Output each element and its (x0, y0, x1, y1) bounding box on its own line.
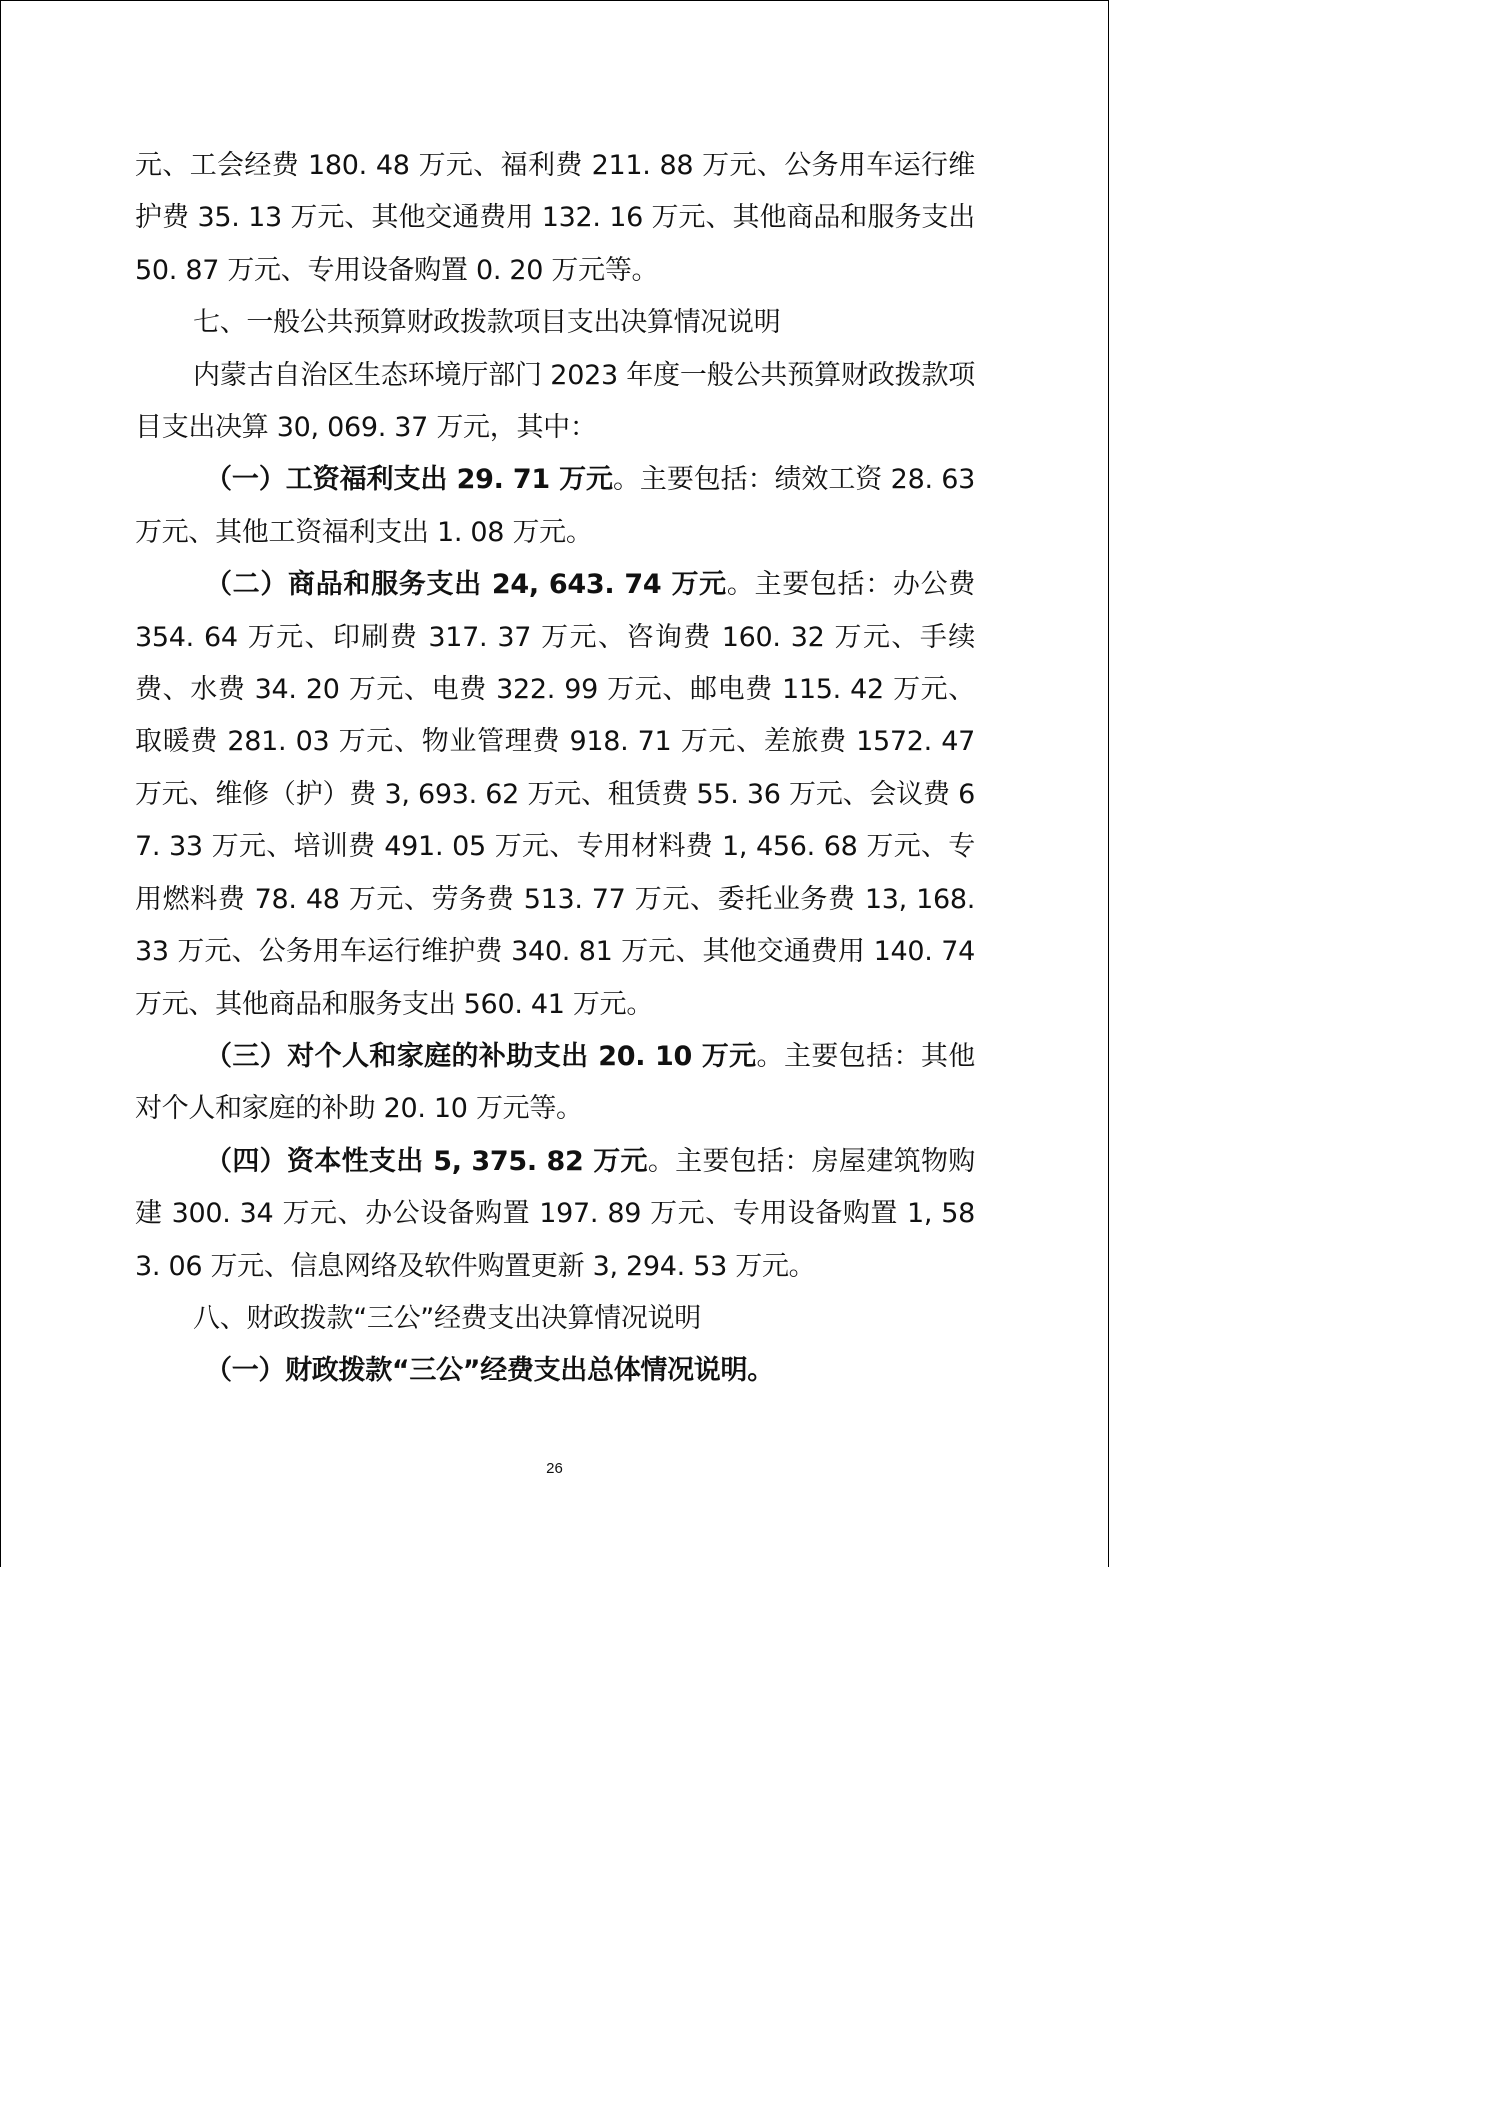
section-heading-7: 七、一般公共预算财政拨款项目支出决算情况说明 (135, 297, 975, 349)
subsection-household-subsidy: （三）对个人和家庭的补助支出 20. 10 万元。主要包括：其他对个人和家庭的补… (135, 1031, 975, 1136)
paragraph-continuation: 元、工会经费 180. 48 万元、福利费 211. 88 万元、公务用车运行维… (135, 140, 975, 297)
subsection-heading: （三）对个人和家庭的补助支出 20. 10 万元 (205, 1041, 757, 1072)
subsection-heading: （四）资本性支出 5, 375. 82 万元 (205, 1146, 648, 1177)
subsection-goods-services: （二）商品和服务支出 24, 643. 74 万元。主要包括：办公费 354. … (135, 559, 975, 1031)
document-page: 元、工会经费 180. 48 万元、福利费 211. 88 万元、公务用车运行维… (135, 140, 975, 1398)
page-number: 26 (0, 1460, 1109, 1477)
subsection-capital: （四）资本性支出 5, 375. 82 万元。主要包括：房屋建筑物购建 300.… (135, 1136, 975, 1293)
subsection-body: 。主要包括：办公费 354. 64 万元、印刷费 317. 37 万元、咨询费 … (135, 569, 975, 1019)
subsection-wages: （一）工资福利支出 29. 71 万元。主要包括：绩效工资 28. 63 万元、… (135, 454, 975, 559)
subsection-heading: （二）商品和服务支出 24, 643. 74 万元 (205, 569, 727, 600)
paragraph-project-total: 内蒙古自治区生态环境厅部门 2023 年度一般公共预算财政拨款项目支出决算 30… (135, 350, 975, 455)
subsection-three-public-overview: （一）财政拨款“三公”经费支出总体情况说明。 (135, 1345, 975, 1397)
section-heading-8: 八、财政拨款“三公”经费支出决算情况说明 (135, 1293, 975, 1345)
subsection-heading: （一）工资福利支出 29. 71 万元 (205, 464, 613, 495)
